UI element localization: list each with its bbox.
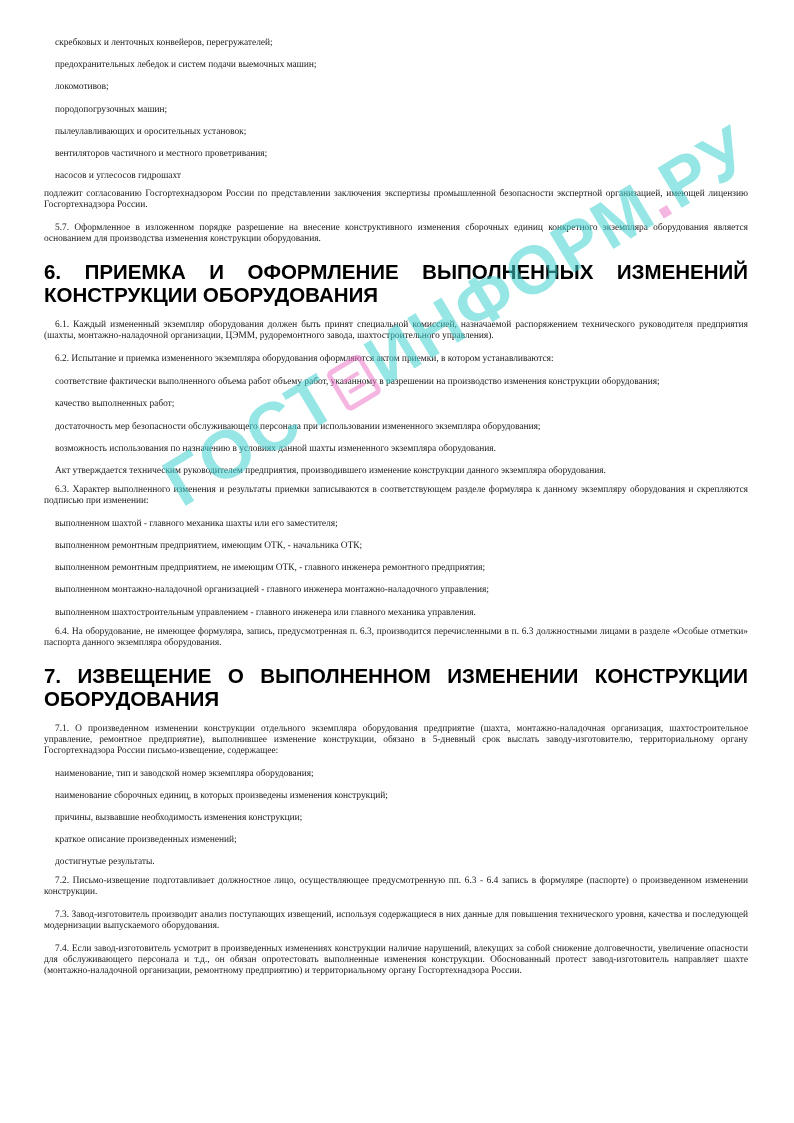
section-7-heading-line2: ОБОРУДОВАНИЯ xyxy=(44,688,219,711)
list-item: выполненном шахтостроительным управление… xyxy=(44,608,748,618)
list-item: выполненном шахтой - главного механика ш… xyxy=(44,519,748,529)
paragraph-7-3: 7.3. Завод-изготовитель производит анали… xyxy=(44,910,748,932)
paragraph-7-2: 7.2. Письмо-извещение подготавливает дол… xyxy=(44,876,748,898)
list-item: породопогрузочных машин; xyxy=(44,105,748,115)
list-item: выполненном монтажно-наладочной организа… xyxy=(44,585,748,595)
paragraph-6-2: 6.2. Испытание и приемка измененного экз… xyxy=(44,354,748,365)
paragraph-5-7: 5.7. Оформленное в изложенном порядке ра… xyxy=(44,223,748,245)
list-item: краткое описание произведенных изменений… xyxy=(44,835,748,845)
list-item: локомотивов; xyxy=(44,82,748,92)
list-item: Акт утверждается техническим руководител… xyxy=(44,466,748,476)
paragraph-7-4: 7.4. Если завод-изготовитель усмотрит в … xyxy=(44,944,748,977)
list-item: качество выполненных работ; xyxy=(44,399,748,409)
paragraph-6-3: 6.3. Характер выполненного изменения и р… xyxy=(44,485,748,507)
list-item: пылеулавливающих и оросительных установо… xyxy=(44,127,748,137)
list-item: вентиляторов частичного и местного прове… xyxy=(44,149,748,159)
section-6-heading-line1: 6. ПРИЕМКА И ОФОРМЛЕНИЕ ВЫПОЛНЕННЫХ ИЗМЕ… xyxy=(44,261,748,284)
section-6-heading: 6. ПРИЕМКА И ОФОРМЛЕНИЕ ВЫПОЛНЕННЫХ ИЗМЕ… xyxy=(44,261,748,307)
section-7-heading: 7. ИЗВЕЩЕНИЕ О ВЫПОЛНЕННОМ ИЗМЕНЕНИИ КОН… xyxy=(44,665,748,711)
paragraph-6-4: 6.4. На оборудование, не имеющее формуля… xyxy=(44,627,748,649)
list-item: выполненном ремонтным предприятием, не и… xyxy=(44,563,748,573)
list-item: выполненном ремонтным предприятием, имею… xyxy=(44,541,748,551)
list-item: соответствие фактически выполненного объ… xyxy=(44,377,748,387)
paragraph-approval: подлежит согласованию Госгортехнадзором … xyxy=(44,189,748,211)
list-item: возможность использования по назначению … xyxy=(44,444,748,454)
list-item: достигнутые результаты. xyxy=(44,857,748,867)
list-item: предохранительных лебедок и систем подач… xyxy=(44,60,748,70)
list-item: наименование, тип и заводской номер экзе… xyxy=(44,769,748,779)
list-item: достаточность мер безопасности обслужива… xyxy=(44,422,748,432)
list-item: наименование сборочных единиц, в которых… xyxy=(44,791,748,801)
list-item: причины, вызвавшие необходимость изменен… xyxy=(44,813,748,823)
list-item: насосов и углесосов гидрошахт xyxy=(44,171,748,181)
section-7-heading-line1: 7. ИЗВЕЩЕНИЕ О ВЫПОЛНЕННОМ ИЗМЕНЕНИИ КОН… xyxy=(44,665,748,688)
paragraph-7-1: 7.1. О произведенном изменении конструкц… xyxy=(44,724,748,757)
document-page: скребковых и ленточных конвейеров, перег… xyxy=(44,38,748,989)
list-item: скребковых и ленточных конвейеров, перег… xyxy=(44,38,748,48)
section-6-heading-line2: КОНСТРУКЦИИ ОБОРУДОВАНИЯ xyxy=(44,284,378,307)
paragraph-6-1: 6.1. Каждый измененный экземпляр оборудо… xyxy=(44,320,748,342)
